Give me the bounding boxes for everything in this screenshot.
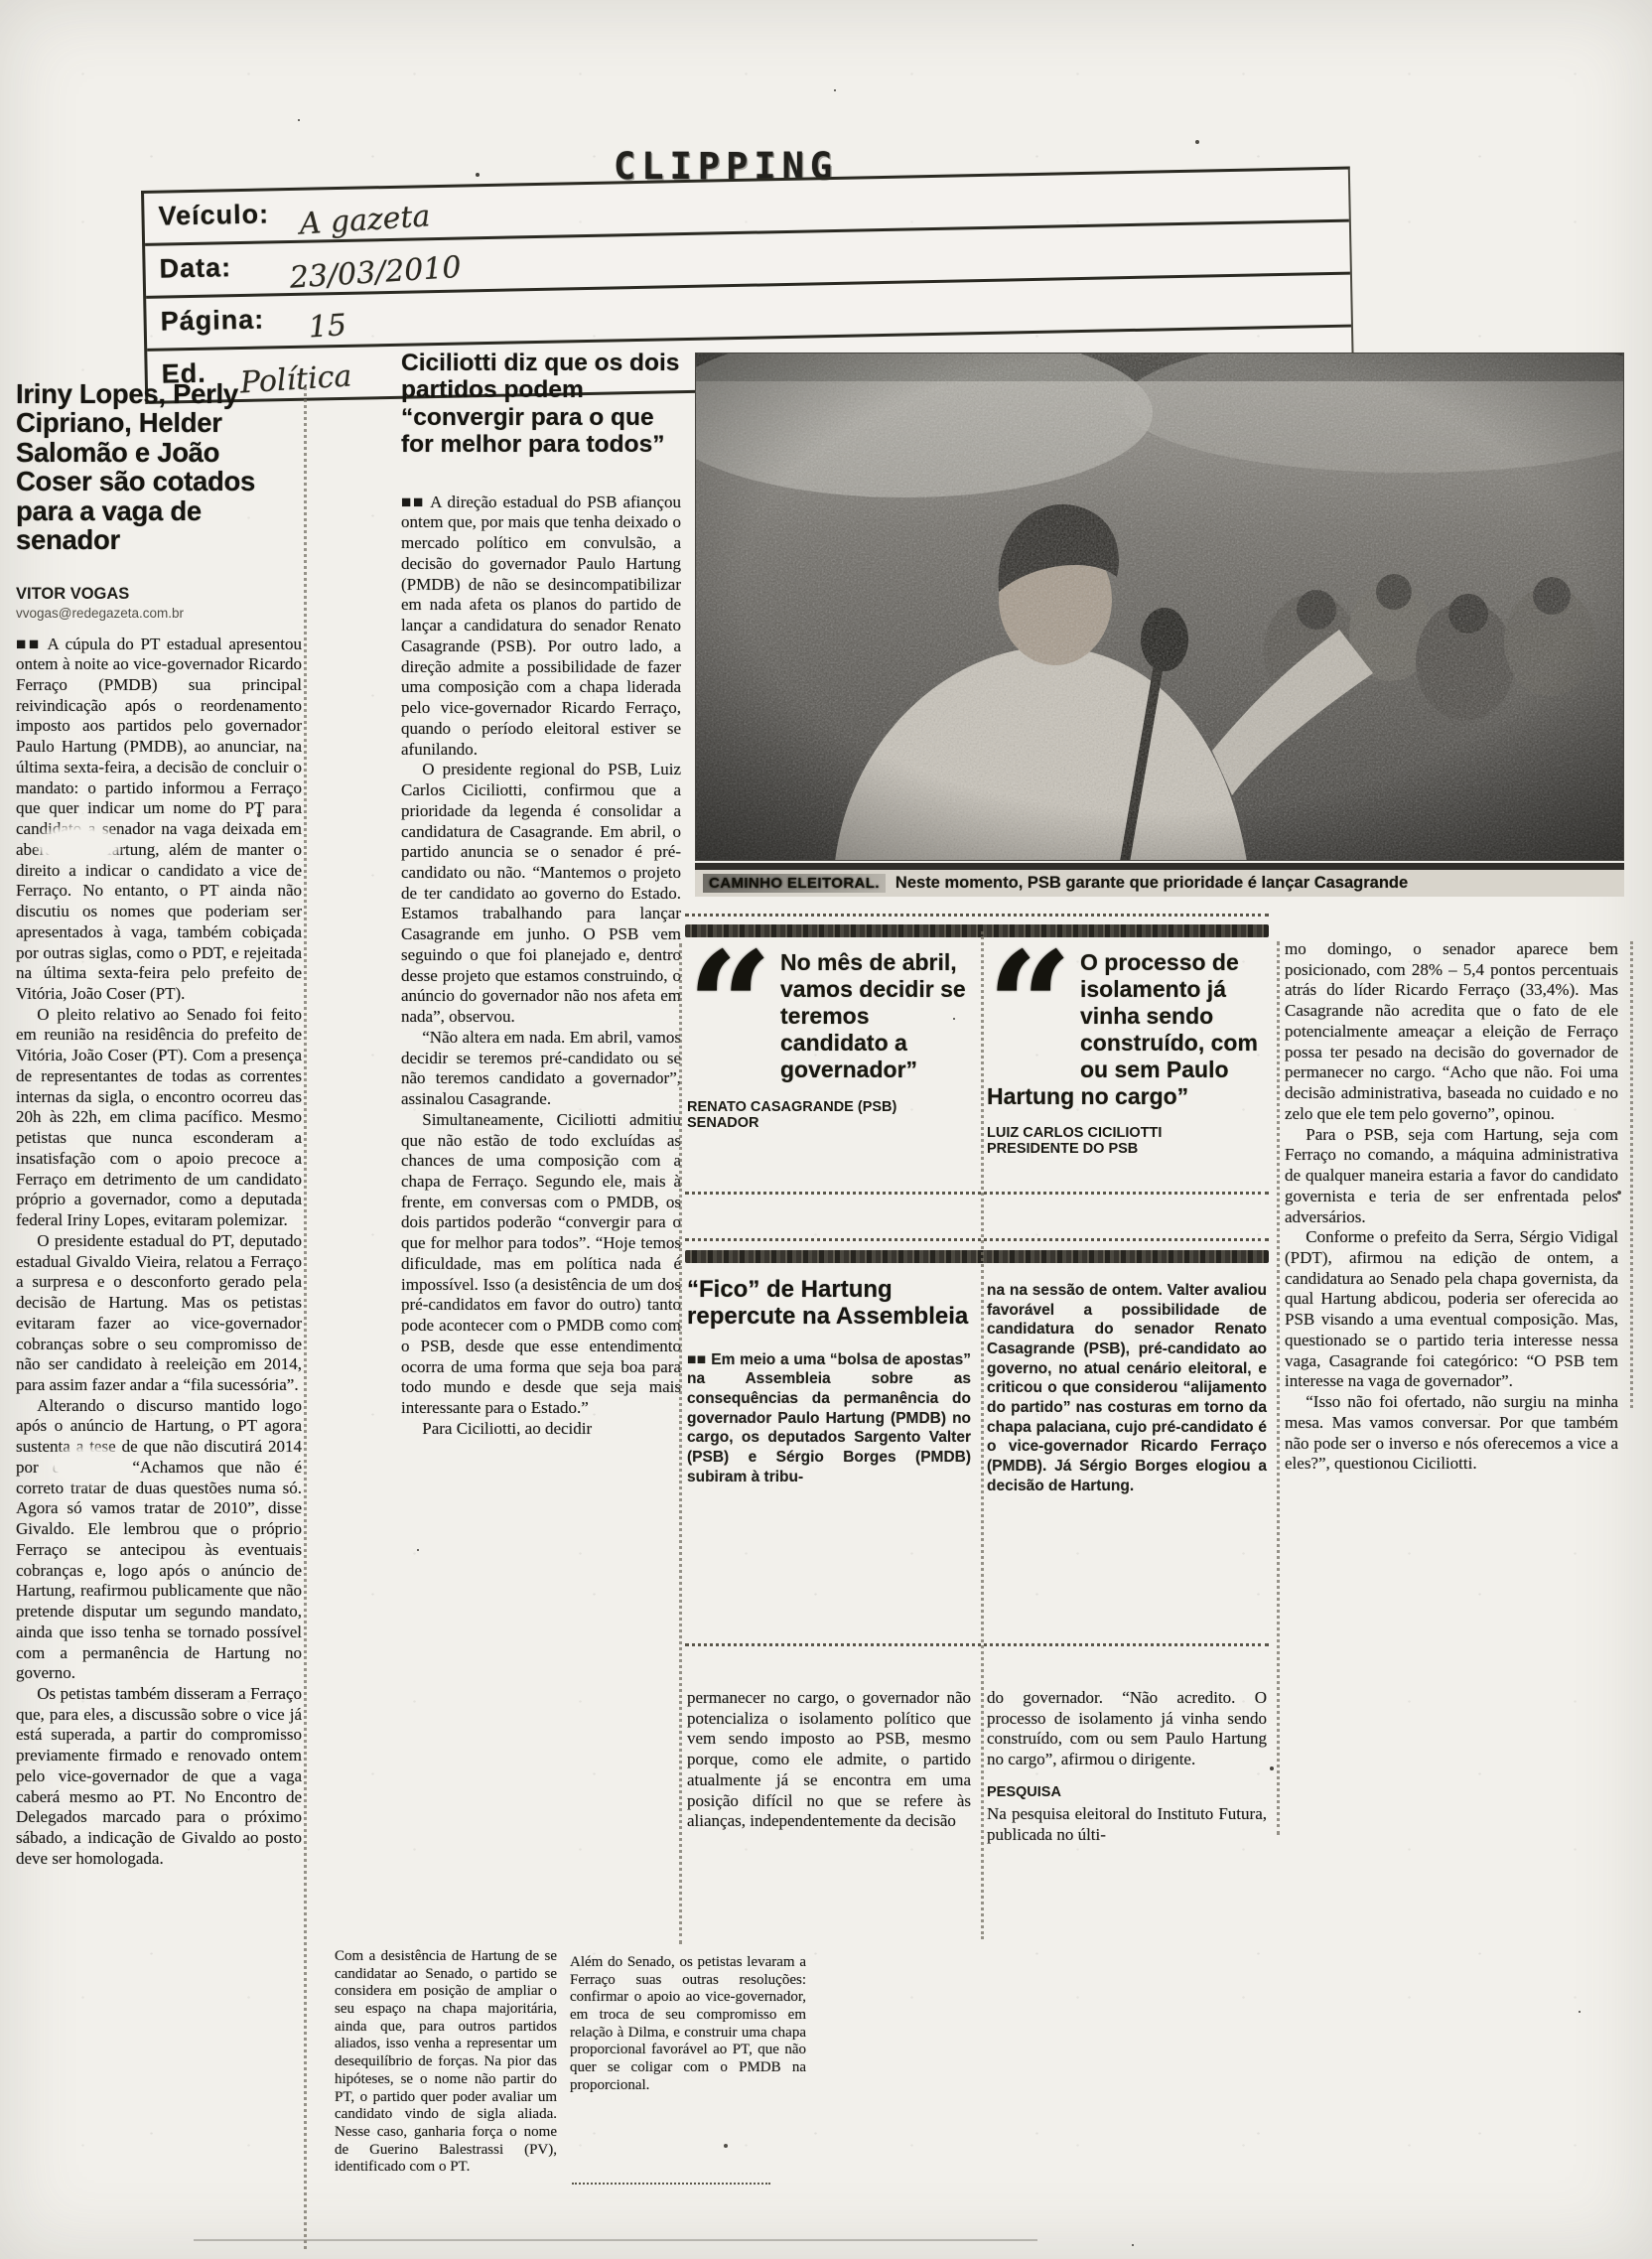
scan-specks: [298, 119, 300, 121]
press-photo: [695, 353, 1624, 861]
pull-quote-author: LUIZ CARLOS CICILIOTTI: [987, 1125, 1269, 1141]
continuation-paragraph: permanecer no cargo, o governador não po…: [687, 1688, 971, 1832]
continuation-column-a: permanecer no cargo, o governador não po…: [687, 1688, 971, 1832]
continuation-paragraph: do governador. “Não acredito. O processo…: [987, 1688, 1267, 1770]
left-paragraph: O pleito relativo ao Senado foi feito em…: [16, 1005, 302, 1231]
bottom-block-resolucoes: Além do Senado, os petistas levaram a Fe…: [570, 1954, 806, 2095]
veiculo-value-handwritten: A gazeta: [298, 199, 431, 241]
grain-band-rule: [685, 924, 1269, 937]
byline-email: vvogas@redegazeta.com.br: [16, 606, 302, 621]
dashed-rule: [685, 1643, 1269, 1646]
column-rule-vertical: [1630, 941, 1633, 1408]
pull-quote-role: PRESIDENTE DO PSB: [987, 1141, 1269, 1157]
pull-quote-casagrande: “ No mês de abril, vamos decidir se tere…: [687, 949, 971, 1131]
continuation-column-b: do governador. “Não acredito. O processo…: [987, 1688, 1267, 1845]
fico-box-headline: “Fico” de Hartung repercute na Assemblei…: [687, 1277, 971, 1331]
main-paragraph: O presidente regional do PSB, Luiz Carlo…: [401, 760, 681, 1028]
pull-quote-author: RENATO CASAGRANDE (PSB): [687, 1099, 971, 1115]
caption-text: Neste momento, PSB garante que prioridad…: [895, 874, 1408, 893]
pull-quote-ciciliotti: “ O processo de isolamento já vinha send…: [987, 949, 1269, 1157]
right-paragraph: mo domingo, o senador aparece bem posici…: [1285, 939, 1618, 1125]
pull-quote-text: No mês de abril, vamos decidir se teremo…: [780, 949, 966, 1082]
left-paragraph: O presidente estadual do PT, deputado es…: [16, 1231, 302, 1396]
caption-kicker: CAMINHO ELEITORAL.: [703, 874, 886, 893]
byline-author: VITOR VOGAS: [16, 585, 302, 604]
grain-band-rule: [685, 1250, 1269, 1263]
left-paragraph: Os petistas também disseram a Ferraço qu…: [16, 1684, 302, 1870]
bottom-block-senado: Com a desistência de Hartung de se candi…: [335, 1948, 557, 2177]
pagina-label: Página:: [146, 297, 264, 338]
fico-box-column-2: na na sessão de ontem. Valter avaliou fa…: [987, 1281, 1267, 1495]
left-article-headline: Iriny Lopes, Perly Cipriano, Helder Salo…: [16, 379, 302, 555]
left-paragraph: Alterando o discurso mantido logo após o…: [16, 1396, 302, 1684]
right-paragraph: Conforme o prefeito da Serra, Sérgio Vid…: [1285, 1227, 1618, 1392]
veiculo-label: Veículo:: [144, 191, 269, 232]
fico-box-text: ■■ Em meio a uma “bolsa de apostas” na A…: [687, 1350, 971, 1487]
ink-blot: [55, 1452, 122, 1480]
left-article-column: Iriny Lopes, Perly Cipriano, Helder Salo…: [16, 379, 302, 1870]
main-article-column: Ciciliotti diz que os dois partidos pode…: [401, 350, 681, 1440]
quote-mark-icon: “: [987, 949, 1080, 1068]
bottom-paragraph: Além do Senado, os petistas levaram a Fe…: [570, 1954, 806, 2095]
pagina-value-handwritten: 15: [307, 308, 346, 345]
data-value-handwritten: 23/03/2010: [288, 250, 462, 296]
continuation-paragraph: Na pesquisa eleitoral do Instituto Futur…: [987, 1804, 1267, 1845]
newspaper-clipping-scan-page: CLIPPING Veículo: A gazeta Data: 23/03/2…: [0, 0, 1652, 2259]
column-rule-vertical: [981, 931, 984, 1939]
speaker-photo-illustration: [696, 353, 1624, 861]
column-rule-vertical: [679, 943, 682, 1944]
pesquisa-subhead: PESQUISA: [987, 1784, 1267, 1800]
right-paragraph: “Isso não foi ofertado, não surgiu na mi…: [1285, 1392, 1618, 1475]
photo-caption: CAMINHO ELEITORAL. Neste momento, PSB ga…: [695, 863, 1624, 897]
ink-blot: [42, 830, 115, 860]
pull-quote-role: SENADOR: [687, 1115, 971, 1131]
right-article-column: mo domingo, o senador aparece bem posici…: [1285, 939, 1618, 1475]
bottom-paragraph: Com a desistência de Hartung de se candi…: [335, 1948, 557, 2177]
dashed-rule: [572, 2183, 770, 2185]
fico-box-column-1: “Fico” de Hartung repercute na Assemblei…: [687, 1277, 971, 1486]
main-paragraph: Simultaneamente, Ciciliotti admitiu que …: [401, 1110, 681, 1419]
dashed-rule: [685, 1238, 1269, 1241]
quote-mark-icon: “: [687, 949, 780, 1068]
left-paragraph: ■■ A cúpula do PT estadual apresentou on…: [16, 635, 302, 1005]
main-paragraph: ■■ A direção estadual do PSB afiançou on…: [401, 493, 681, 761]
main-paragraph: Para Ciciliotti, ao decidir: [401, 1419, 681, 1440]
dashed-rule: [685, 1192, 1269, 1195]
dashed-rule: [685, 914, 1269, 917]
main-paragraph: “Não altera em nada. Em abril, vamos dec…: [401, 1028, 681, 1110]
data-label: Data:: [145, 244, 231, 285]
main-article-headline: Ciciliotti diz que os dois partidos pode…: [401, 350, 681, 459]
column-rule-vertical: [304, 387, 307, 2249]
scan-baseline-mark: [194, 2239, 1037, 2241]
right-paragraph: Para o PSB, seja com Hartung, seja com F…: [1285, 1125, 1618, 1228]
column-rule-vertical: [1277, 941, 1280, 1835]
